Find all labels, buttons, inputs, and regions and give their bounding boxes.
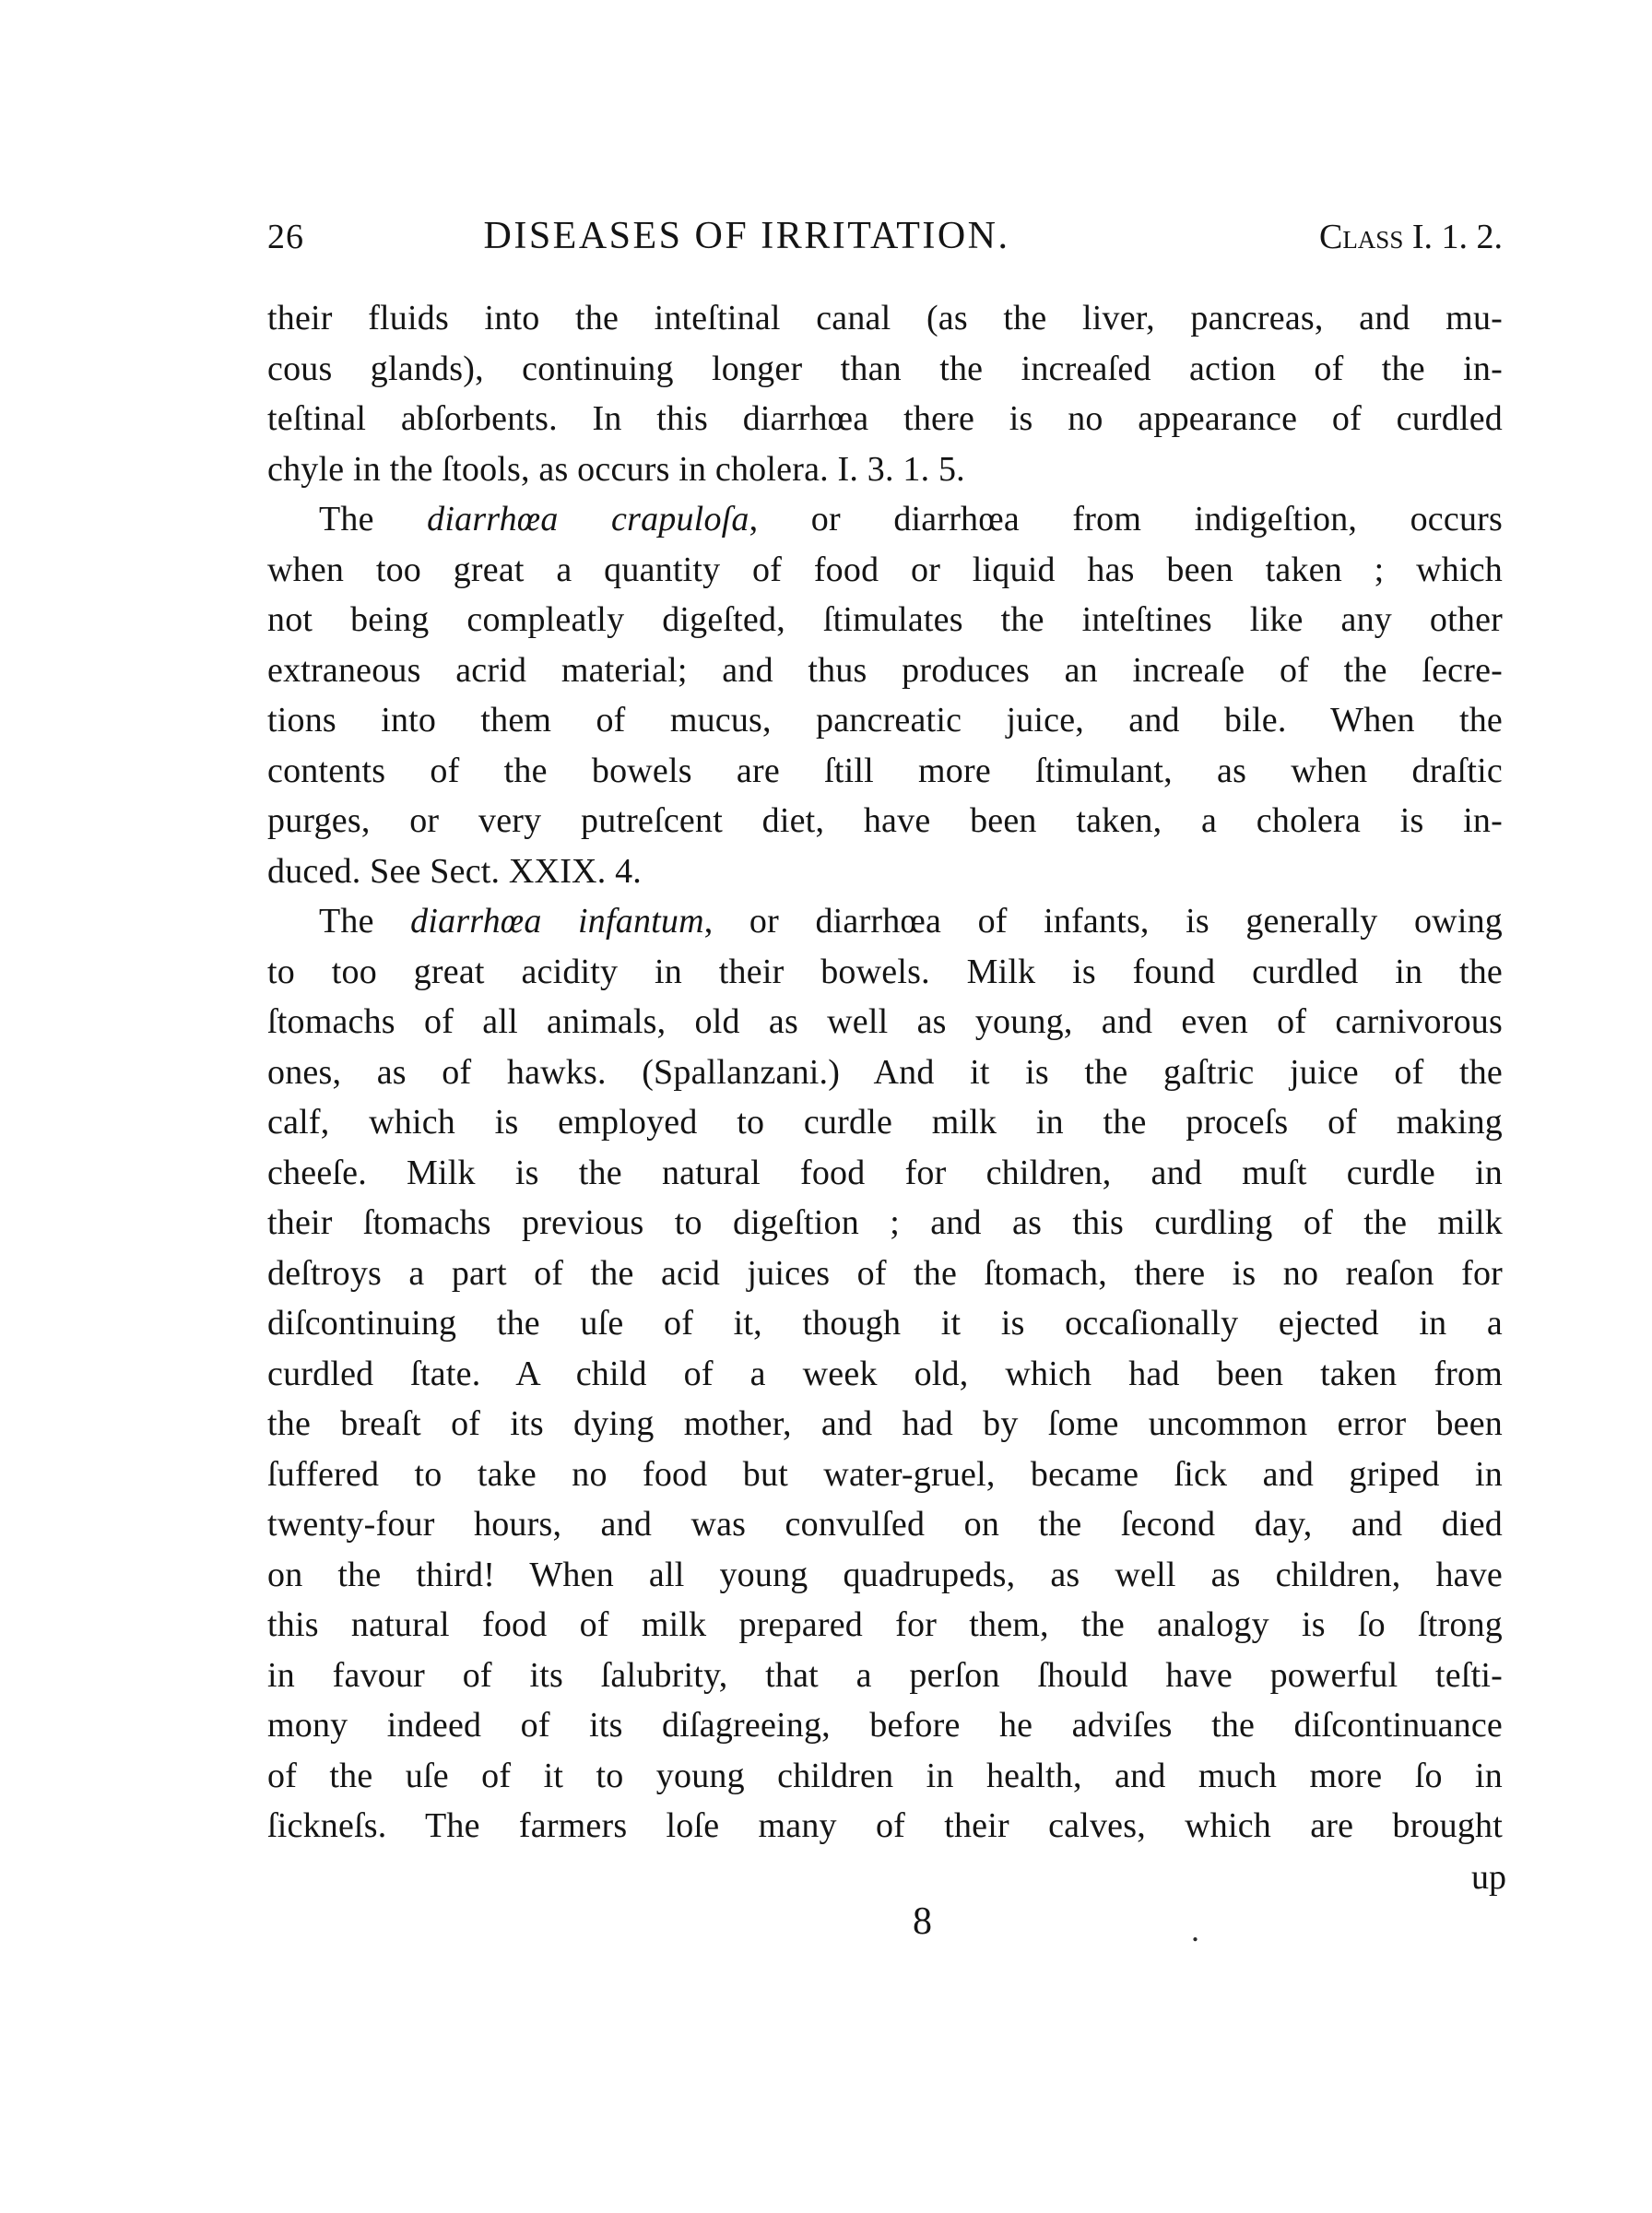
text-line: ſtomachs of all animals, old as well as … [267,997,1503,1047]
text-run: contents of the bowels are ſtill more ſt… [267,751,1503,790]
text-line: ſickneſs. The farmers loſe many of their… [267,1801,1503,1852]
text-line: twenty-four hours, and was convulſed on … [267,1499,1503,1550]
page-number: 26 [267,217,378,257]
text-line: ones, as of hawks. (Spallanzani.) And it… [267,1047,1503,1098]
text-line: diſcontinuing the uſe of it, though it i… [267,1298,1503,1349]
text-line: their fluids into the inteſtinal canal (… [267,293,1503,344]
text-run: curdled ſtate. A child of a week old, wh… [267,1355,1503,1393]
text-line: to too great acidity in their bowels. Mi… [267,947,1503,998]
text-line: cheeſe. Milk is the natural food for chi… [267,1148,1503,1199]
text-line: duced. See Sect. XXIX. 4. [267,846,1503,897]
text-run: teſtinal abſorbents. In this diarrhœa th… [267,399,1503,438]
text-line: the breaſt of its dying mother, and had … [267,1399,1503,1450]
text-run: cous glands), continuing longer than the… [267,349,1503,388]
text-run: , or diarrhœa of infants, is generally o… [704,902,1503,941]
text-run: diſcontinuing the uſe of it, though it i… [267,1304,1503,1343]
text-line: this natural food of milk prepared for t… [267,1600,1503,1651]
text-run: twenty-four hours, and was convulſed on … [267,1505,1503,1544]
text-run: chyle in the ſtools, as occurs in choler… [267,450,965,489]
text-line: chyle in the ſtools, as occurs in choler… [267,444,1503,495]
book-page: 26 DISEASES OF IRRITATION. Class I. 1. 2… [0,0,1652,2213]
text-run: duced. See Sect. XXIX. 4. [267,852,642,891]
text-line: The diarrhœa crapuloſa, or diarrhœa from… [267,494,1503,545]
text-run: cheeſe. Milk is the natural food for chi… [267,1154,1503,1192]
text-line: their ſtomachs previous to digeſtion ; a… [267,1198,1503,1249]
text-run: to too great acidity in their bowels. Mi… [267,953,1503,991]
text-run: not being compleatly digeſted, ſtimulate… [267,600,1503,639]
text-line: contents of the bowels are ſtill more ſt… [267,746,1503,797]
page-header: 26 DISEASES OF IRRITATION. Class I. 1. 2… [267,214,1503,258]
text-run: The [319,902,410,941]
text-line: when too great a quantity of food or liq… [267,545,1503,596]
signature-mark: 8 [913,1899,932,1944]
class-word: Class [1319,218,1403,256]
italic-term: diarrhœa crapuloſa [427,500,749,538]
text-run: on the third! When all young quadrupeds,… [267,1556,1503,1594]
class-label: Class I. 1. 2. [1115,217,1503,257]
text-run: ſuffered to take no food but water-gruel… [267,1455,1503,1494]
text-line: of the uſe of it to young children in he… [267,1751,1503,1802]
text-run: in favour of its ſalubrity, that a perſo… [267,1656,1503,1695]
text-line: not being compleatly digeſted, ſtimulate… [267,595,1503,645]
text-line: deſtroys a part of the acid juices of th… [267,1249,1503,1299]
text-run: when too great a quantity of food or liq… [267,550,1503,589]
running-title: DISEASES OF IRRITATION. [378,214,1115,258]
text-run: calf, which is employed to curdle milk i… [267,1103,1503,1142]
text-line: mony indeed of its diſagreeing, before h… [267,1700,1503,1751]
text-run: ſtomachs of all animals, old as well as … [267,1002,1503,1041]
text-run: the breaſt of its dying mother, and had … [267,1404,1503,1443]
text-run: their ſtomachs previous to digeſtion ; a… [267,1203,1503,1242]
italic-term: diarrhœa infantum [410,902,704,941]
text-run: purges, or very putreſcent diet, have be… [267,801,1503,840]
text-run: tions into them of mucus, pancreatic jui… [267,701,1503,740]
stray-ink-dot: . [1191,1911,1199,1949]
text-line: in favour of its ſalubrity, that a perſo… [267,1651,1503,1701]
text-line: teſtinal abſorbents. In this diarrhœa th… [267,394,1503,444]
text-run: ſickneſs. The farmers loſe many of their… [267,1806,1503,1845]
text-line: extraneous acrid material; and thus prod… [267,645,1503,696]
text-line: calf, which is employed to curdle milk i… [267,1097,1503,1148]
text-run: this natural food of milk prepared for t… [267,1605,1503,1644]
text-run: their fluids into the inteſtinal canal (… [267,299,1503,337]
text-line: curdled ſtate. A child of a week old, wh… [267,1349,1503,1400]
text-run: extraneous acrid material; and thus prod… [267,651,1503,690]
text-line: tions into them of mucus, pancreatic jui… [267,695,1503,746]
text-line: cous glands), continuing longer than the… [267,344,1503,395]
text-run: deſtroys a part of the acid juices of th… [267,1254,1503,1293]
text-line: The diarrhœa infantum, or diarrhœa of in… [267,896,1503,947]
text-line: on the third! When all young quadrupeds,… [267,1550,1503,1601]
text-run: mony indeed of its diſagreeing, before h… [267,1706,1503,1745]
text-run: of the uſe of it to young children in he… [267,1757,1503,1795]
text-line: ſuffered to take no food but water-gruel… [267,1450,1503,1500]
text-line: purges, or very putreſcent diet, have be… [267,796,1503,846]
page-body: their fluids into the inteſtinal canal (… [267,293,1503,1852]
text-run: , or diarrhœa from indigeſtion, occurs [749,500,1503,538]
text-run: The [319,500,427,538]
class-ref: I. 1. 2. [1412,218,1503,256]
catchword: up [1471,1857,1506,1898]
text-run: ones, as of hawks. (Spallanzani.) And it… [267,1053,1503,1092]
